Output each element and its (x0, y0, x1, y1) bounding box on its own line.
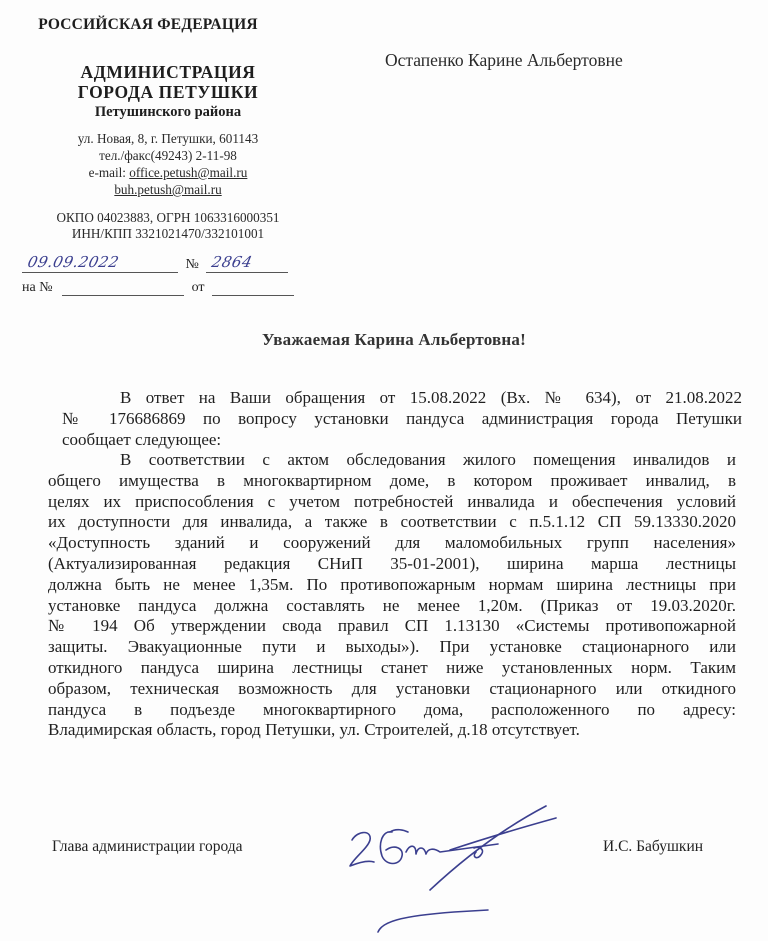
in-reply-number-label: на № (22, 280, 53, 295)
handwritten-signature-icon (330, 800, 660, 940)
letterhead-district: Петушинского района (8, 104, 328, 121)
body-line: сообщает следующее: (62, 430, 742, 451)
letterhead-address: ул. Новая, 8, г. Петушки, 601143 (8, 131, 328, 147)
body-line: В ответ на Ваши обращения от 15.08.2022 … (62, 388, 742, 409)
body-line: В соответствии с актом обследования жило… (48, 450, 736, 471)
body-line: целях их приспособления с учетом потребн… (48, 492, 736, 513)
outgoing-number-handwritten: 2864 (210, 253, 254, 271)
body-line: образом, техническая возможность для уст… (48, 679, 736, 700)
registration-row-reply: на № от (22, 279, 294, 296)
email-link-buh[interactable]: buh.petush@mail.ru (114, 182, 221, 197)
body-line: Владимирская область, город Петушки, ул.… (48, 720, 736, 741)
body-line: «Доступность зданий и сооружений для мал… (48, 533, 736, 554)
addressee: Остапенко Карине Альбертовне (385, 50, 623, 71)
greeting: Уважаемая Карина Альбертовна! (0, 330, 768, 350)
body-line: № 194 Об утверждении свода правил СП 1.1… (48, 616, 736, 637)
body-paragraph-2: В соответствии с актом обследования жило… (48, 450, 736, 741)
in-reply-number-field (62, 279, 184, 296)
body-line: пандуса в подъезде многоквартирного дома… (48, 700, 736, 721)
body-line: откидного пандуса ширина лестницы станет… (48, 658, 736, 679)
in-reply-from-label: от (192, 280, 205, 295)
letterhead-phone: тел./факс(49243) 2-11-98 (8, 148, 328, 164)
letterhead-inn-kpp: ИНН/КПП 3321021470/332101001 (8, 226, 328, 242)
body-line: (Актуализированная редакция СНиП 35-01-2… (48, 554, 736, 575)
body-line: их доступности для инвалида, а также в с… (48, 512, 736, 533)
letterhead-okpo-ogrn: ОКПО 04023883, ОГРН 1063316000351 (8, 210, 328, 226)
registration-row-outgoing: 09.09.2022 № 2864 (22, 256, 288, 273)
body-line: установке пандуса должна составлять не м… (48, 596, 736, 617)
body-line: защиты. Эвакуационные пути и выходы»). П… (48, 637, 736, 658)
body-line: общего имущества в многоквартирном доме,… (48, 471, 736, 492)
body-line: № 176686869 по вопросу установки пандуса… (62, 409, 742, 430)
number-label: № (186, 257, 199, 272)
outgoing-number-field: 2864 (206, 256, 288, 273)
outgoing-date-field: 09.09.2022 (22, 256, 178, 273)
body-line: должна быть не менее 1,35м. По противопо… (48, 575, 736, 596)
outgoing-date-handwritten: 09.09.2022 (26, 253, 121, 271)
email-link-office[interactable]: office.petush@mail.ru (129, 165, 247, 180)
letterhead-email-row-2: buh.petush@mail.ru (8, 182, 328, 198)
signatory-name: И.С. Бабушкин (603, 838, 703, 856)
letterhead-email-row: e-mail: office.petush@mail.ru (8, 165, 328, 181)
letterhead-country: РОССИЙСКАЯ ФЕДЕРАЦИЯ (28, 16, 268, 34)
email-label: e-mail: (89, 165, 130, 180)
body-paragraph-1: В ответ на Ваши обращения от 15.08.2022 … (62, 388, 742, 450)
letterhead-org-line2: ГОРОДА ПЕТУШКИ (8, 82, 328, 103)
in-reply-date-field (212, 279, 294, 296)
signatory-title: Глава администрации города (52, 838, 243, 856)
letterhead-org-line1: АДМИНИСТРАЦИЯ (8, 62, 328, 83)
